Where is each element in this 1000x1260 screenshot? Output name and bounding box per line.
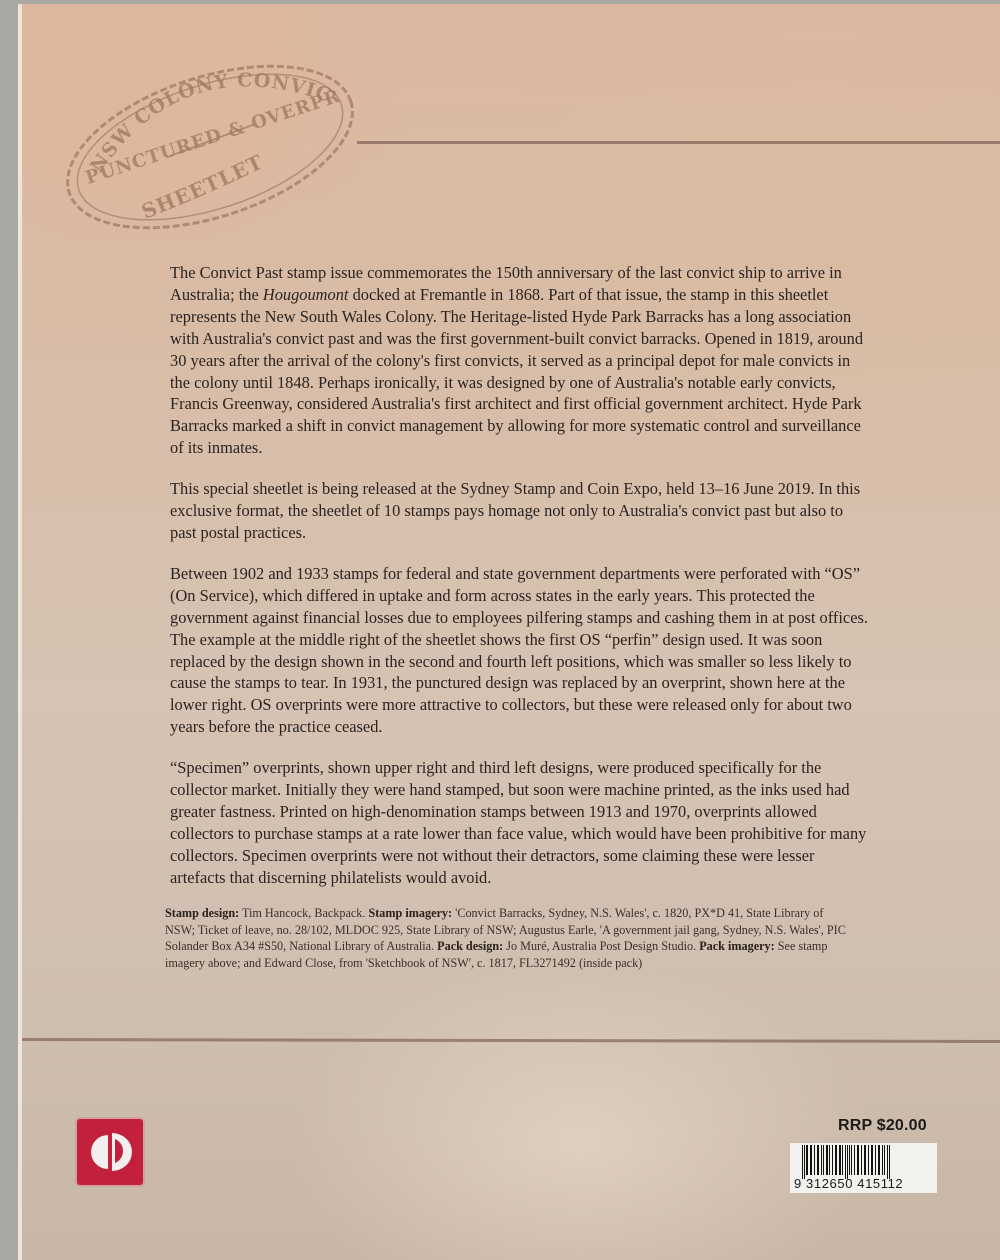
seal-stamp-icon: NSW COLONY CONVICT PAST PUNCTURED & OVER…: [60, 62, 360, 232]
paragraph-history: The Convict Past stamp issue commemorate…: [170, 262, 870, 459]
stamp-design-label: Stamp design:: [165, 906, 239, 920]
paragraph-specimen: “Specimen” overprints, shown upper right…: [170, 757, 870, 888]
credits-text: Stamp design: Tim Hancock, Backpack. Sta…: [165, 905, 855, 971]
pack-design-label: Pack design:: [437, 939, 503, 953]
paragraph-release: This special sheetlet is being released …: [170, 478, 870, 544]
paragraph-perfins: Between 1902 and 1933 stamps for federal…: [170, 563, 870, 738]
price-label: RRP $20.00: [838, 1117, 927, 1135]
barcode: 9 312650 415112: [790, 1143, 937, 1193]
stamp-imagery-label: Stamp imagery:: [368, 906, 452, 920]
australia-post-logo-icon: [77, 1119, 143, 1185]
pack-imagery-label: Pack imagery:: [699, 939, 774, 953]
barcode-bars-icon: [794, 1145, 933, 1179]
description-text: The Convict Past stamp issue commemorate…: [170, 262, 870, 908]
barcode-number: 9 312650 415112: [794, 1178, 933, 1190]
ship-name: Hougoumont: [263, 285, 349, 304]
top-divider: [357, 141, 1000, 144]
convict-past-seal: NSW COLONY CONVICT PAST PUNCTURED & OVER…: [60, 62, 360, 232]
